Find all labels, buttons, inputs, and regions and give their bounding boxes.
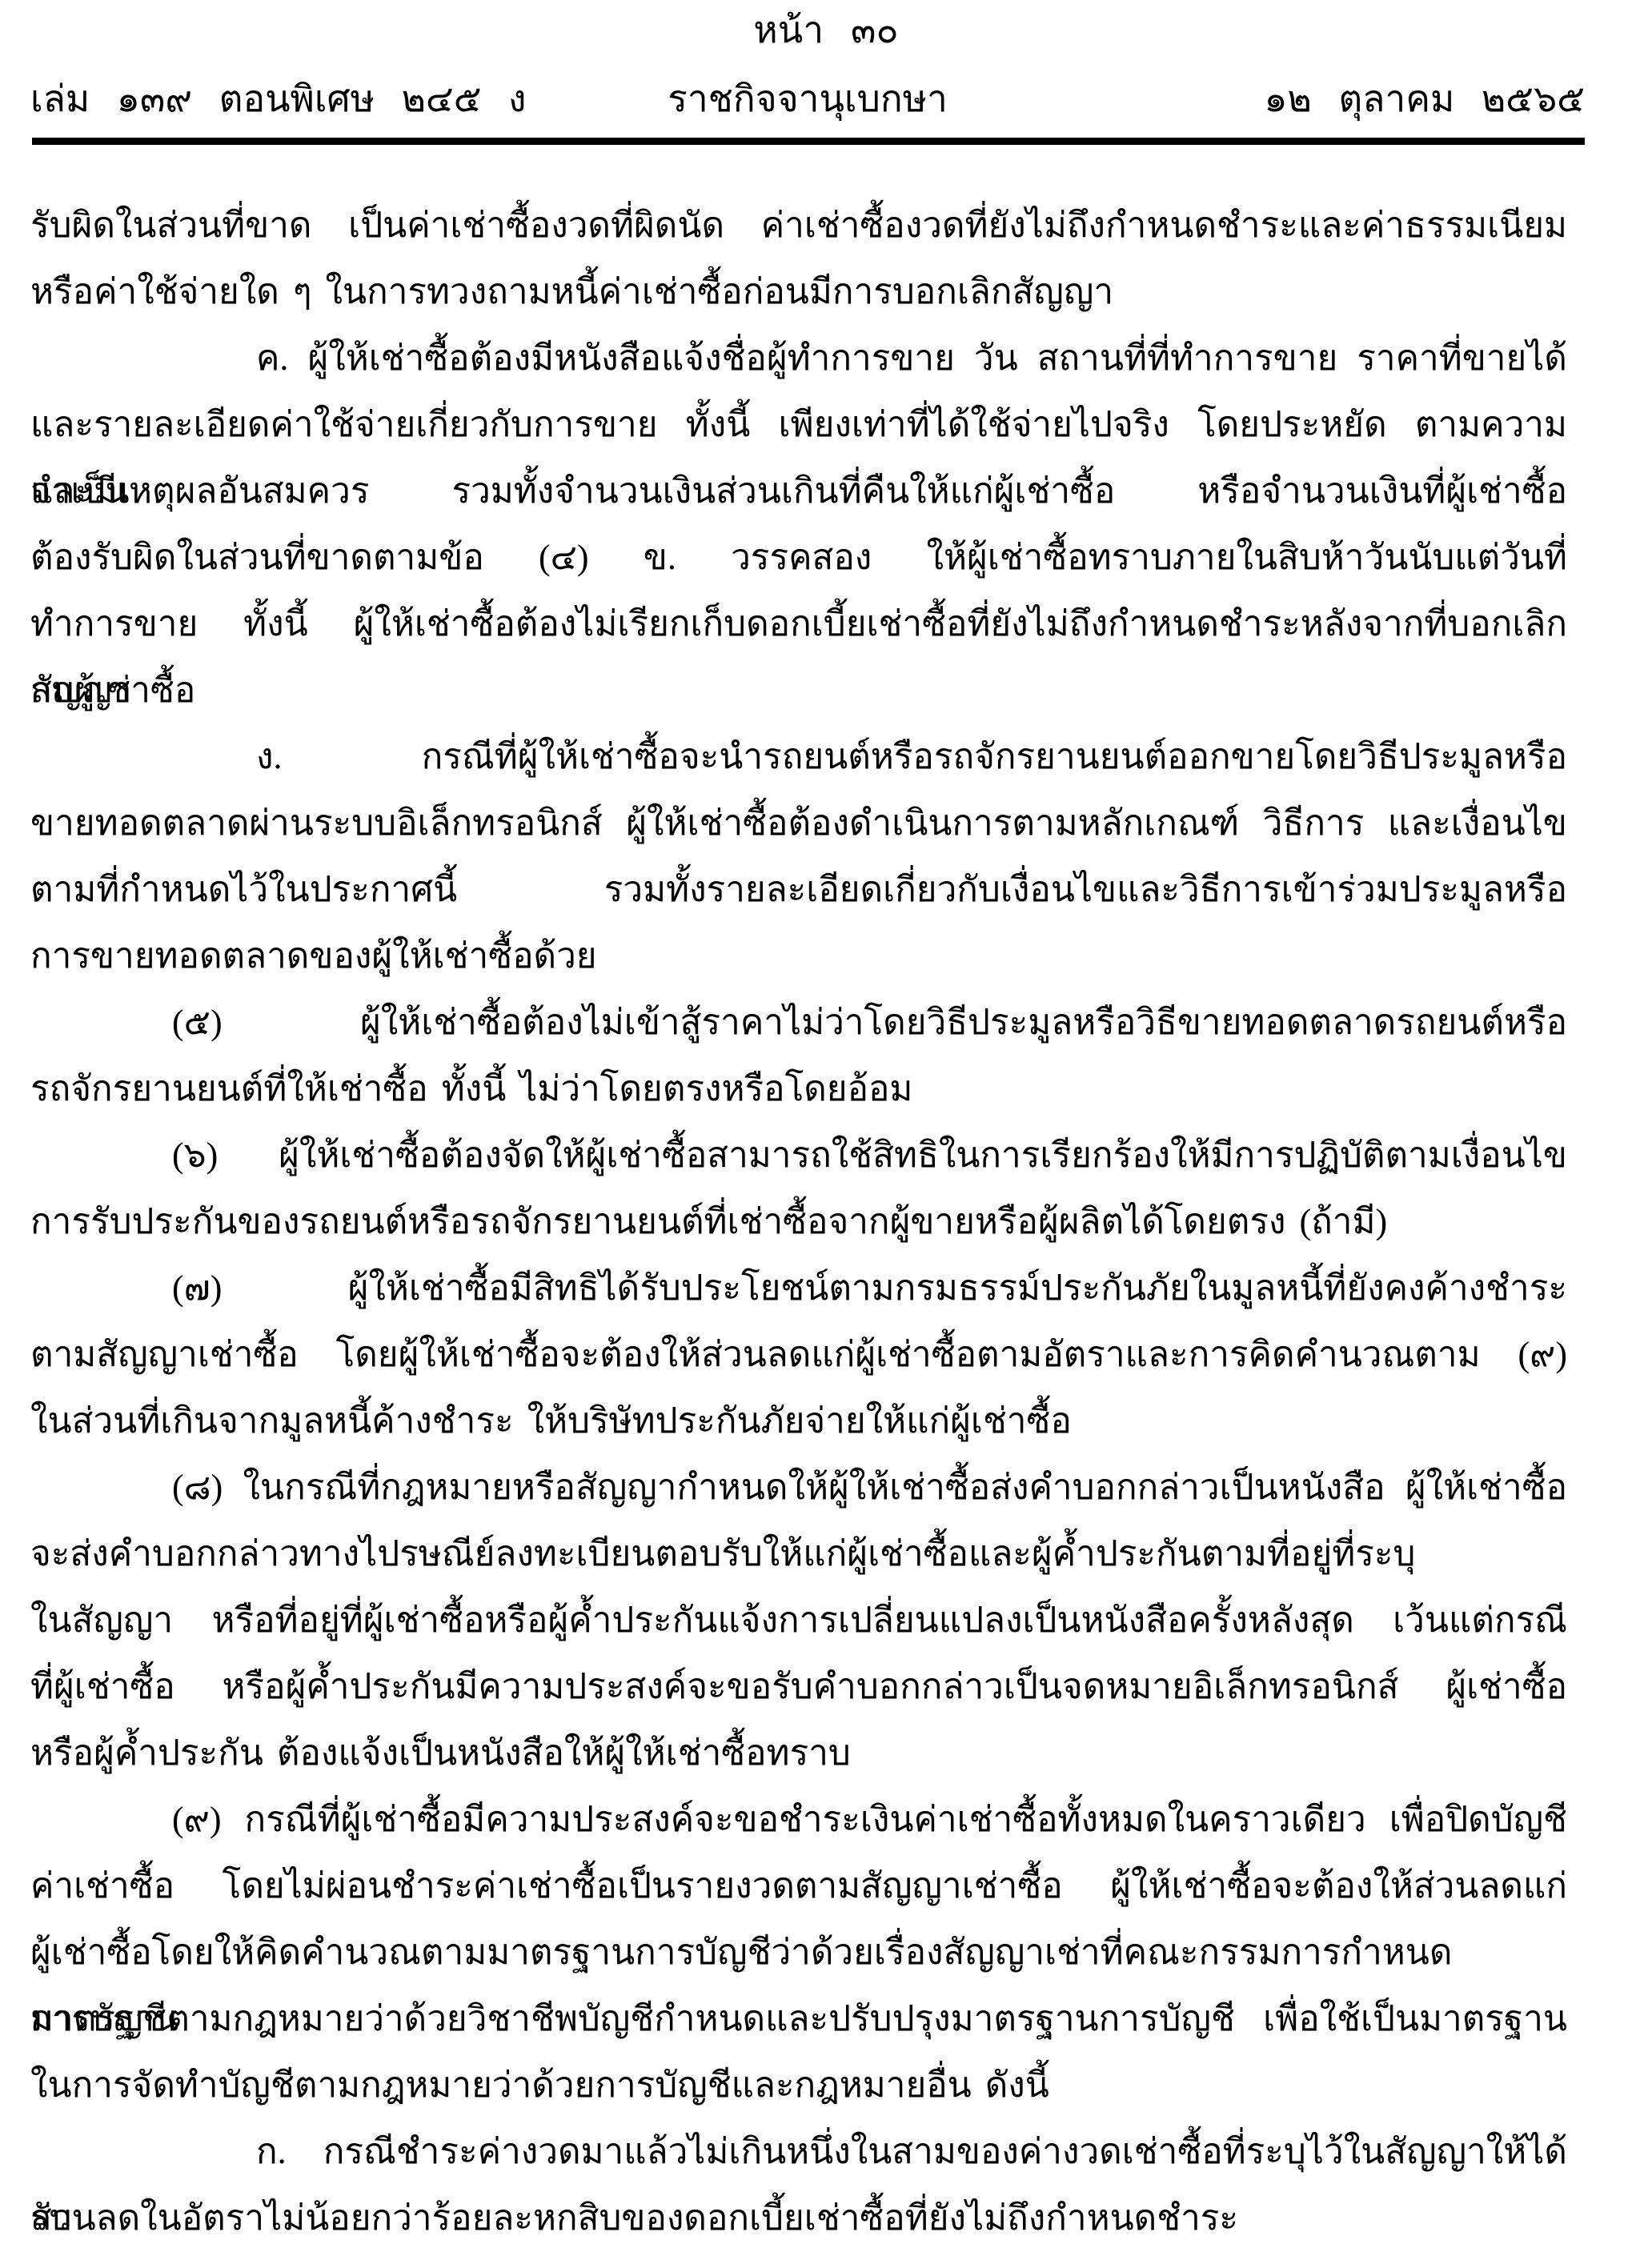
gazette-page: หน้า๓๐ ราชกิจจานุเบกษา เล่ม ๑๓๙ ตอนพิเศษ… <box>0 0 1652 2268</box>
volume-info: เล่ม ๑๓๙ ตอนพิเศษ ๒๔๕ ง <box>30 74 527 125</box>
body-line: ในสัญญา หรือที่อยู่ที่ผู้เช่าซื้อหรือผู้… <box>30 1587 1567 1653</box>
document-body: รับผิดในส่วนที่ขาด เป็นค่าเช่าซื้องวดที่… <box>30 192 1567 2251</box>
body-line: ก. กรณีชำระค่างวดมาแล้วไม่เกินหนึ่งในสาม… <box>30 2118 1567 2185</box>
body-line: (๗) ผู้ให้เช่าซื้อมีสิทธิได้รับประโยชน์ต… <box>30 1255 1567 1321</box>
body-line: ต้องรับผิดในส่วนที่ขาดตามข้อ (๔) ข. วรรค… <box>30 524 1567 591</box>
body-line: (๕) ผู้ให้เช่าซื้อต้องไม่เข้าสู้ราคาไม่ว… <box>30 989 1567 1056</box>
body-line: ขายทอดตลาดผ่านระบบอิเล็กทรอนิกส์ ผู้ให้เ… <box>30 790 1567 856</box>
body-line: ตามที่กำหนดไว้ในประกาศนี้ รวมทั้งรายละเอ… <box>30 856 1567 923</box>
body-line: จะส่งคำบอกกล่าวทางไปรษณีย์ลงทะเบียนตอบรั… <box>30 1521 1567 1587</box>
body-line: (๘) ในกรณีที่กฎหมายหรือสัญญากำหนดให้ผู้ใ… <box>30 1454 1567 1521</box>
page-number: ๓๐ <box>851 10 899 50</box>
body-line: หรือค่าใช้จ่ายใด ๆ ในการทวงถามหนี้ค่าเช่… <box>30 258 1567 325</box>
body-line: ค่าเช่าซื้อ โดยไม่ผ่อนชำระค่าเช่าซื้อเป็… <box>30 1853 1567 1919</box>
body-line: รถจักรยานยนต์ที่ให้เช่าซื้อ ทั้งนี้ ไม่ว… <box>30 1056 1567 1122</box>
body-line: การบัญชีตามกฎหมายว่าด้วยวิชาชีพบัญชีกำหน… <box>30 1986 1567 2052</box>
body-line: ทำการขาย ทั้งนี้ ผู้ให้เช่าซื้อต้องไม่เร… <box>30 591 1567 657</box>
body-line: และรายละเอียดค่าใช้จ่ายเกี่ยวกับการขาย ท… <box>30 391 1567 458</box>
body-line: การขายทอดตลาดของผู้ให้เช่าซื้อด้วย <box>30 923 1567 989</box>
body-line: ค. ผู้ให้เช่าซื้อต้องมีหนังสือแจ้งชื่อผู… <box>30 325 1567 391</box>
gazette-header-row: ราชกิจจานุเบกษา เล่ม ๑๓๙ ตอนพิเศษ ๒๔๕ ง … <box>30 74 1585 125</box>
body-line: ผู้เช่าซื้อโดยให้คิดคำนวณตามมาตรฐานการบั… <box>30 1919 1567 1986</box>
body-line: ตามสัญญาเช่าซื้อ โดยผู้ให้เช่าซื้อจะต้อง… <box>30 1321 1567 1388</box>
body-line: ส่วนลดในอัตราไม่น้อยกว่าร้อยละหกสิบของดอ… <box>30 2185 1567 2251</box>
page-number-header: หน้า๓๐ <box>0 5 1652 56</box>
body-line: ในส่วนที่เกินจากมูลหนี้ค้างชำระ ให้บริษั… <box>30 1388 1567 1454</box>
body-line: (๖) ผู้ให้เช่าซื้อต้องจัดให้ผู้เช่าซื้อส… <box>30 1122 1567 1188</box>
body-line: ที่ผู้เช่าซื้อ หรือผู้ค้ำประกันมีความประ… <box>30 1653 1567 1720</box>
page-label: หน้า <box>753 10 824 50</box>
body-line: รับผิดในส่วนที่ขาด เป็นค่าเช่าซื้องวดที่… <box>30 192 1567 258</box>
header-divider-rule <box>32 138 1585 145</box>
gazette-date: ๑๒ ตุลาคม ๒๕๖๕ <box>1264 74 1585 125</box>
body-line: ในการจัดทำบัญชีตามกฎหมายว่าด้วยการบัญชีแ… <box>30 2052 1567 2118</box>
body-line: และมีเหตุผลอันสมควร รวมทั้งจำนวนเงินส่วน… <box>30 458 1567 524</box>
body-line: ง. กรณีที่ผู้ให้เช่าซื้อจะนำรถยนต์หรือรถ… <box>30 723 1567 790</box>
body-line: กับผู้เช่าซื้อ <box>30 657 1567 723</box>
body-line: (๙) กรณีที่ผู้เช่าซื้อมีความประสงค์จะขอช… <box>30 1786 1567 1853</box>
body-line: หรือผู้ค้ำประกัน ต้องแจ้งเป็นหนังสือให้ผ… <box>30 1720 1567 1786</box>
body-line: การรับประกันของรถยนต์หรือรถจักรยานยนต์ที… <box>30 1188 1567 1255</box>
